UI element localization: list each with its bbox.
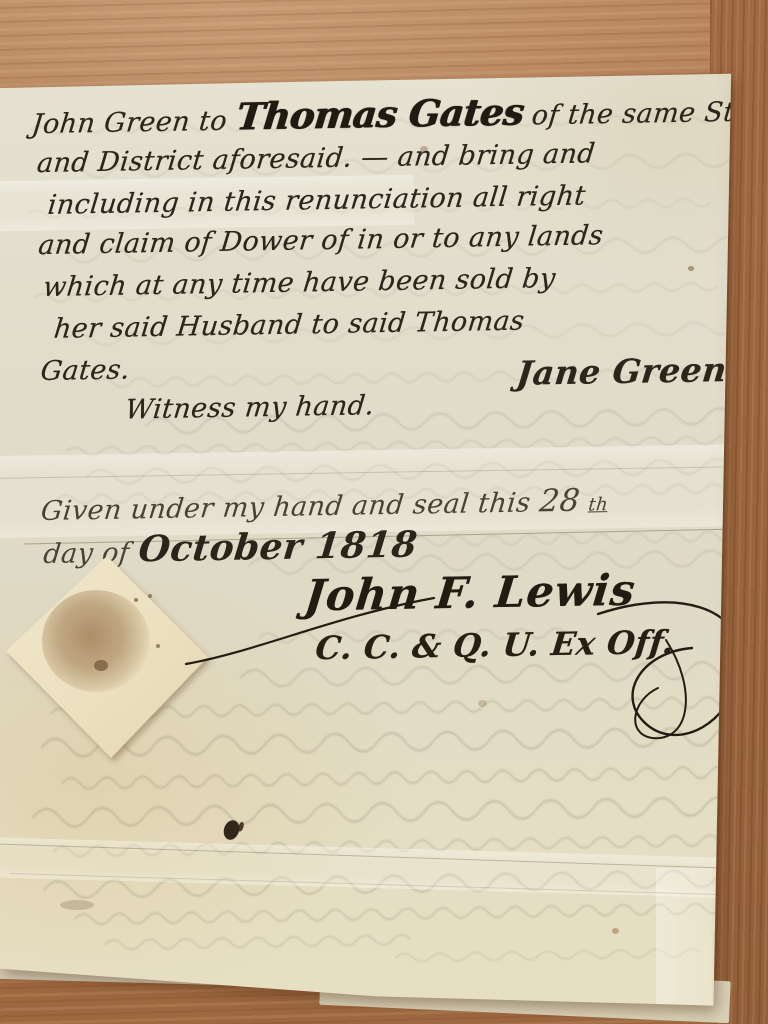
document-paper-wrap: John Green to Thomas Gates of the same S… [0,0,768,1024]
document-paper: John Green to Thomas Gates of the same S… [0,0,768,1024]
signature-flourishes [0,0,768,1024]
